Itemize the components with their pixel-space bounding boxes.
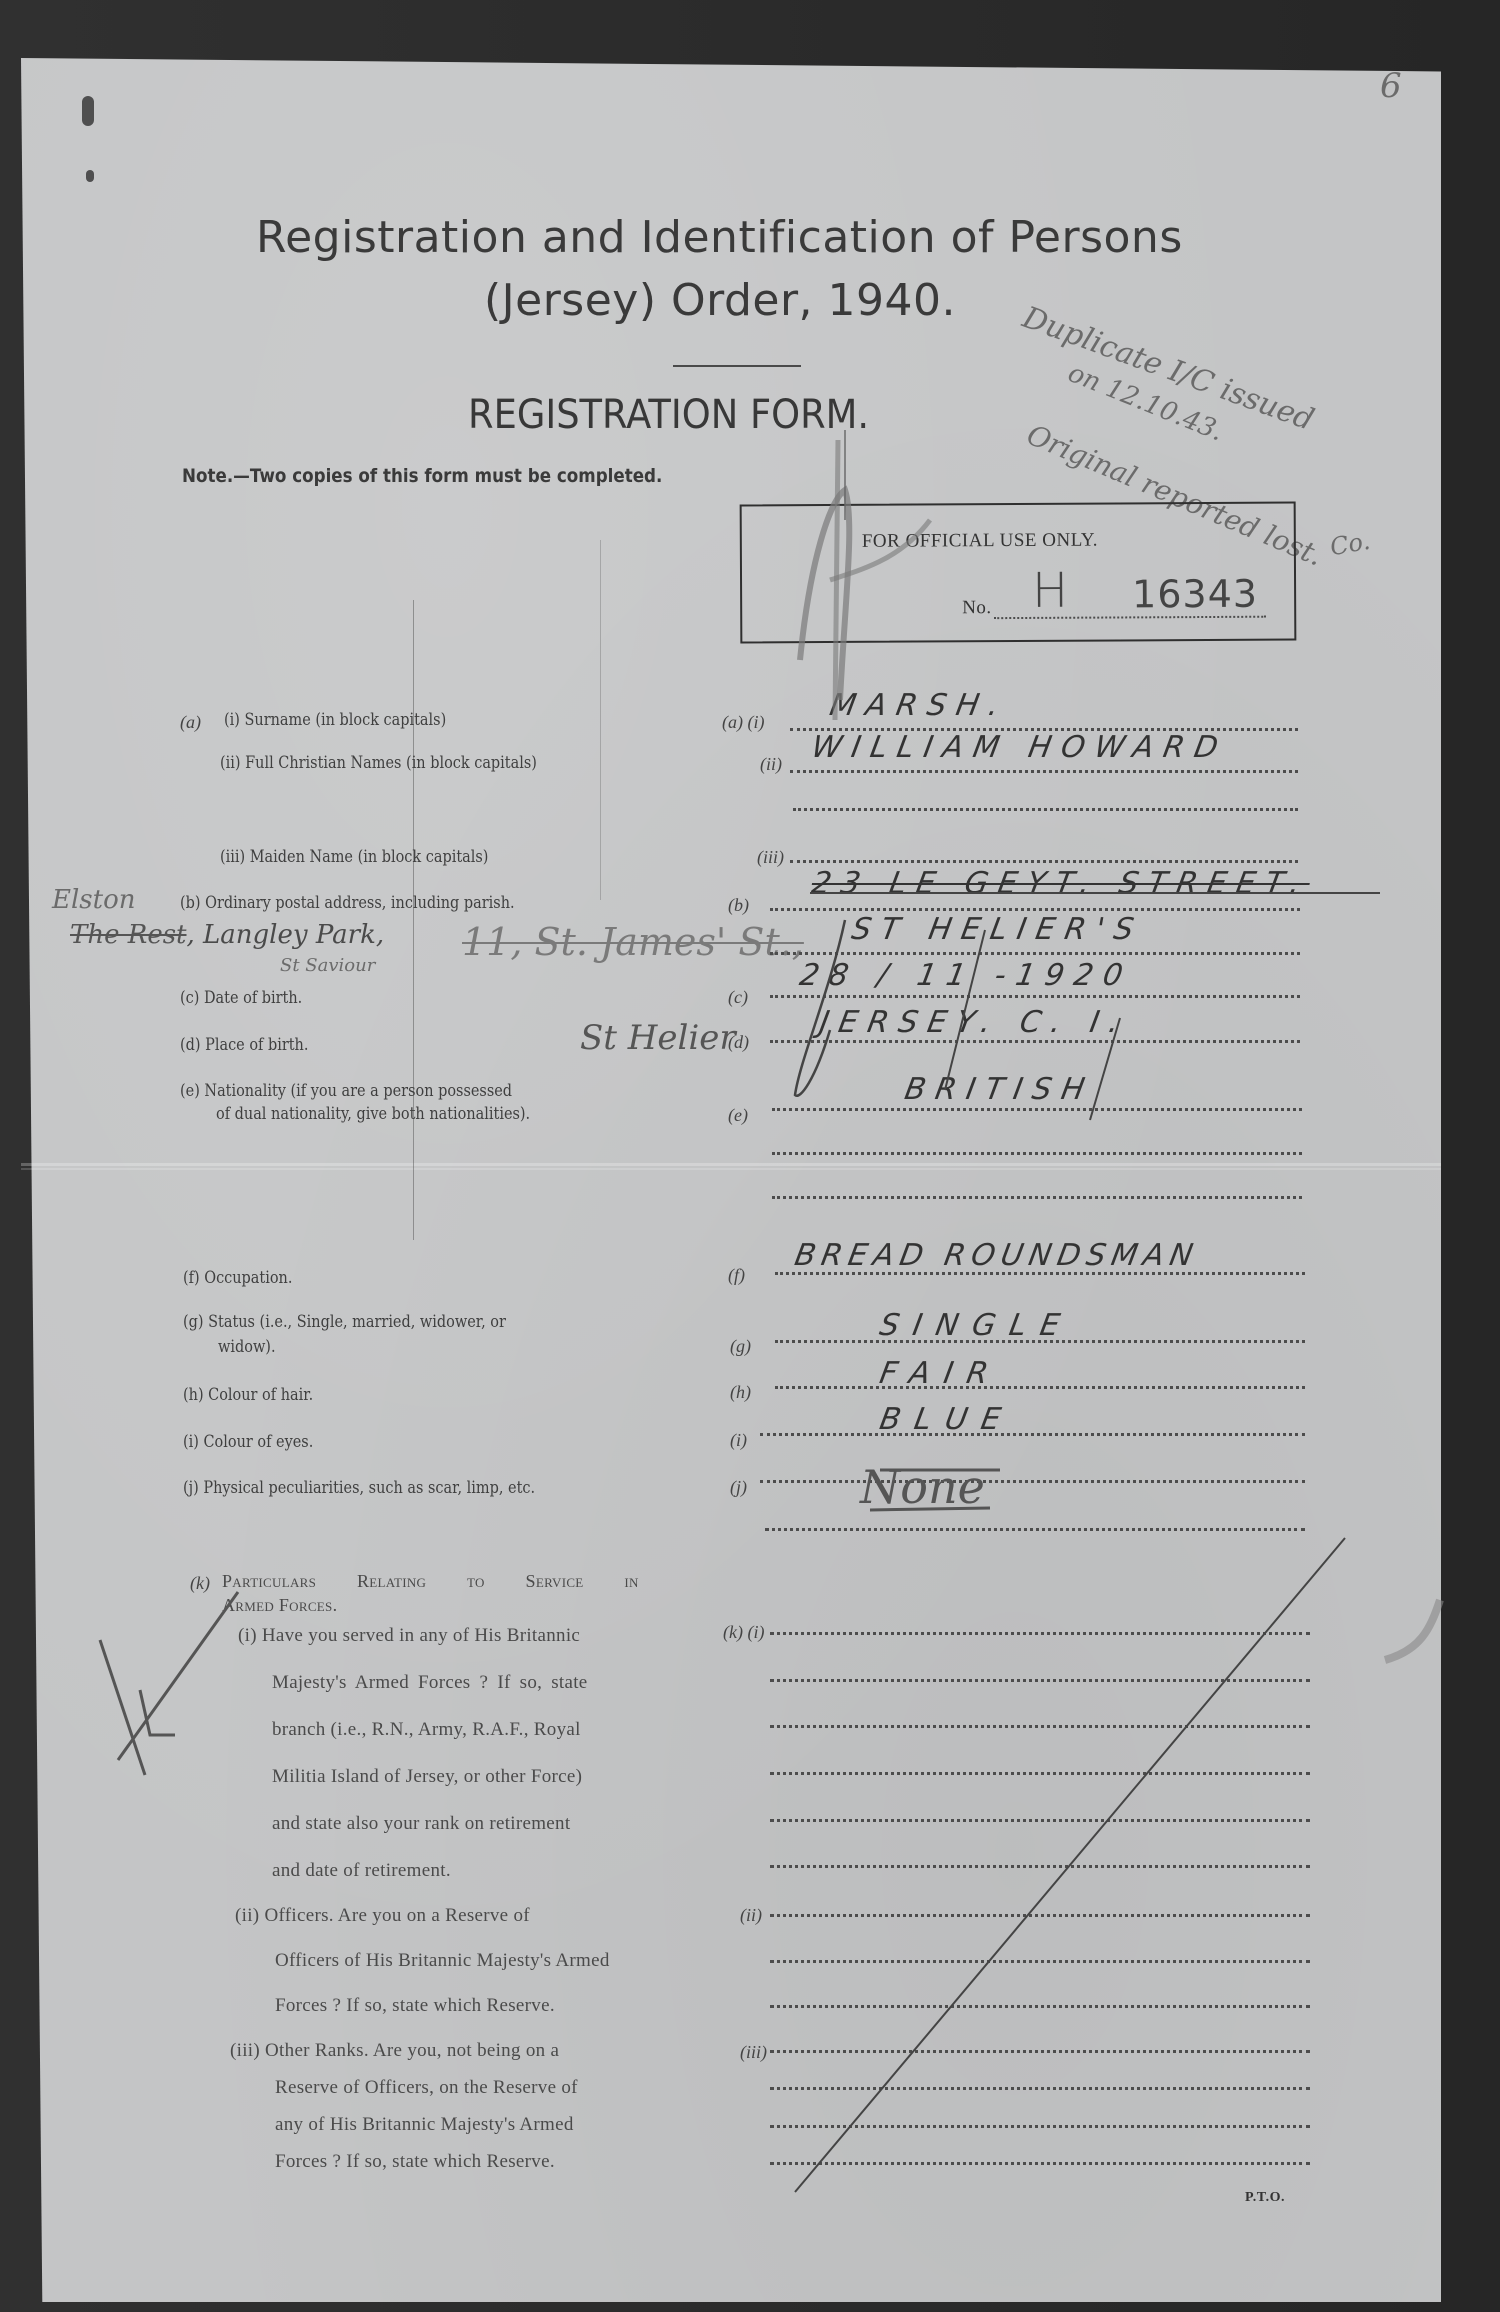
official-use-box: FOR OFFICIAL USE ONLY. No. H 16343: [740, 502, 1297, 644]
question-k-iii-line: Reserve of Officers, on the Reserve of: [275, 2077, 578, 2099]
answer-marker-a-iii: (iii): [757, 847, 784, 868]
officers-reserve-field-cont[interactable]: [770, 1960, 1310, 1963]
other-ranks-field[interactable]: [770, 2050, 1310, 2053]
document-title-line2: (Jersey) Order, 1940.: [484, 275, 956, 326]
question-k-i-line: Militia Island of Jersey, or other Force…: [272, 1766, 582, 1788]
margin-address-parish: St Saviour: [280, 955, 375, 976]
nationality-field-cont[interactable]: [772, 1152, 1302, 1155]
fold-crease: [21, 1168, 1441, 1170]
title-divider: [673, 365, 801, 367]
question-k-i-line: and date of retirement.: [272, 1860, 451, 1882]
christian-names-field-cont[interactable]: [793, 808, 1298, 811]
answer-marker-k-ii: (ii): [740, 1905, 762, 1926]
christian-names-value: WILLIAM HOWARD: [809, 730, 1231, 765]
document-title-line1: Registration and Identification of Perso…: [256, 212, 1183, 263]
punch-hole: [82, 96, 94, 126]
peculiarities-value: None: [860, 1460, 985, 1514]
answer-marker-e: (e): [728, 1105, 748, 1126]
question-k-ii-line: Officers of His Britannic Majesty's Arme…: [275, 1950, 610, 1972]
place-of-birth-note: St Helier: [580, 1018, 736, 1058]
status-value: SINGLE: [877, 1308, 1076, 1343]
address-field-cont[interactable]: [770, 952, 1300, 955]
question-k-iii-line: (iii) Other Ranks. Are you, not being on…: [230, 2040, 559, 2062]
answer-marker-h: (h): [730, 1382, 751, 1403]
date-of-birth-label: (c) Date of birth.: [180, 988, 302, 1008]
answer-marker-d: (d): [728, 1032, 749, 1053]
answer-marker-g: (g): [730, 1336, 751, 1357]
form-title: REGISTRATION FORM.: [468, 392, 869, 438]
other-ranks-field-cont[interactable]: [770, 2125, 1310, 2128]
section-k-marker: (k): [190, 1573, 210, 1594]
hair-colour-field[interactable]: [775, 1386, 1305, 1389]
eye-colour-field[interactable]: [760, 1433, 1305, 1436]
nationality-value: BRITISH: [902, 1072, 1097, 1107]
maiden-name-label: (iii) Maiden Name (in block capitals): [220, 847, 488, 867]
margin-address-street: The Rest, Langley Park,: [70, 920, 384, 950]
question-k-ii-line: Forces ? If so, state which Reserve.: [275, 1995, 555, 2017]
question-k-i-line: branch (i.e., R.N., Army, R.A.F., Royal: [272, 1719, 581, 1741]
margin-address-name: Elston: [52, 885, 135, 915]
official-use-heading: FOR OFFICIAL USE ONLY.: [862, 530, 1098, 553]
question-k-iii-line: Forces ? If so, state which Reserve.: [275, 2151, 555, 2173]
question-k-ii-line: (ii) Officers. Are you on a Reserve of: [235, 1905, 530, 1927]
punch-hole: [86, 170, 94, 182]
hair-colour-value: FAIR: [877, 1356, 1005, 1391]
eye-colour-label: (i) Colour of eyes.: [183, 1432, 313, 1452]
address-value: ST HELIER'S: [849, 912, 1146, 947]
section-k-heading: Particulars Relating to Service in: [222, 1571, 639, 1592]
service-k-i-field-cont[interactable]: [770, 1819, 1310, 1822]
surname-label: (i) Surname (in block capitals): [224, 710, 446, 730]
question-k-i-line: Majesty's Armed Forces ? If so, state: [272, 1672, 588, 1694]
answer-marker-a-ii: (ii): [760, 754, 782, 775]
margin-address-struck: The Rest: [70, 920, 187, 950]
eye-colour-value: BLUE: [877, 1402, 1017, 1437]
answer-marker-b: (b): [728, 895, 749, 916]
occupation-value: BREAD ROUNDSMAN: [792, 1238, 1202, 1273]
answer-marker-k-iii: (iii): [740, 2042, 767, 2063]
peculiarities-field[interactable]: [760, 1480, 1305, 1483]
other-ranks-field-cont[interactable]: [770, 2087, 1310, 2090]
note-text: Note.—Two copies of this form must be co…: [182, 465, 662, 487]
answer-marker-a-i: (a) (i): [722, 712, 764, 733]
fold-crease: [21, 1163, 1441, 1166]
occupation-label: (f) Occupation.: [183, 1268, 292, 1288]
status-label: (g) Status (i.e., Single, married, widow…: [183, 1312, 506, 1332]
date-of-birth-value: 28 / 11 -1920: [797, 958, 1135, 993]
address-struck-value: 23 LE GEYT. STREET.: [809, 866, 1313, 901]
nationality-field[interactable]: [772, 1108, 1302, 1111]
place-of-birth-value: JERSEY. C. I.: [817, 1005, 1132, 1040]
fold-crease-vertical: [413, 600, 414, 1240]
postal-address-label: (b) Ordinary postal address, including p…: [180, 893, 515, 913]
officers-reserve-field-cont[interactable]: [770, 2005, 1310, 2008]
maiden-name-field[interactable]: [790, 860, 1298, 863]
status-label-cont: widow).: [218, 1337, 276, 1357]
service-k-i-field-cont[interactable]: [770, 1865, 1310, 1868]
service-k-i-field-cont[interactable]: [770, 1772, 1310, 1775]
christian-names-label: (ii) Full Christian Names (in block capi…: [220, 753, 537, 773]
section-a-marker: (a): [180, 712, 201, 733]
hair-colour-label: (h) Colour of hair.: [183, 1385, 313, 1405]
answer-marker-f: (f): [728, 1265, 745, 1286]
peculiarities-label: (j) Physical peculiarities, such as scar…: [183, 1478, 535, 1498]
nationality-label: (e) Nationality (if you are a person pos…: [180, 1081, 512, 1101]
page-number-annotation: 6: [1380, 66, 1402, 106]
place-of-birth-field[interactable]: [770, 1040, 1300, 1043]
answer-marker-j: (j): [730, 1477, 747, 1498]
section-k-heading-cont: Armed Forces.: [222, 1595, 337, 1616]
question-k-iii-line: any of His Britannic Majesty's Armed: [275, 2114, 574, 2136]
peculiarities-field-cont[interactable]: [765, 1528, 1305, 1531]
registration-number-value: 16343: [1132, 572, 1258, 617]
service-k-i-field-cont[interactable]: [770, 1679, 1310, 1682]
address-field[interactable]: [770, 908, 1300, 911]
question-k-i-line: (i) Have you served in any of His Britan…: [238, 1625, 580, 1647]
answer-marker-i: (i): [730, 1430, 747, 1451]
struck-old-address: 11, St. James' St.,: [462, 920, 804, 964]
service-k-i-field-cont[interactable]: [770, 1725, 1310, 1728]
please-turn-over: P.T.O.: [1245, 2190, 1285, 2206]
answer-marker-k-i: (k) (i): [723, 1622, 764, 1643]
christian-names-field[interactable]: [790, 770, 1298, 773]
registration-number-prefix: H: [1032, 563, 1068, 619]
service-k-i-field[interactable]: [770, 1632, 1310, 1635]
other-ranks-field-cont[interactable]: [770, 2162, 1310, 2165]
answer-marker-c: (c): [728, 987, 748, 1008]
surname-value: MARSH.: [827, 688, 1012, 723]
nationality-field-cont2[interactable]: [772, 1196, 1302, 1199]
place-of-birth-label: (d) Place of birth.: [180, 1035, 308, 1055]
registration-number-label: No.: [962, 597, 992, 619]
question-k-i-line: and state also your rank on retirement: [272, 1813, 570, 1835]
officers-reserve-field[interactable]: [770, 1914, 1310, 1917]
date-of-birth-field[interactable]: [770, 995, 1300, 998]
fold-crease-vertical: [600, 540, 601, 900]
nationality-label-cont: of dual nationality, give both nationali…: [216, 1104, 530, 1124]
margin-address-text: , Langley Park,: [187, 920, 385, 950]
